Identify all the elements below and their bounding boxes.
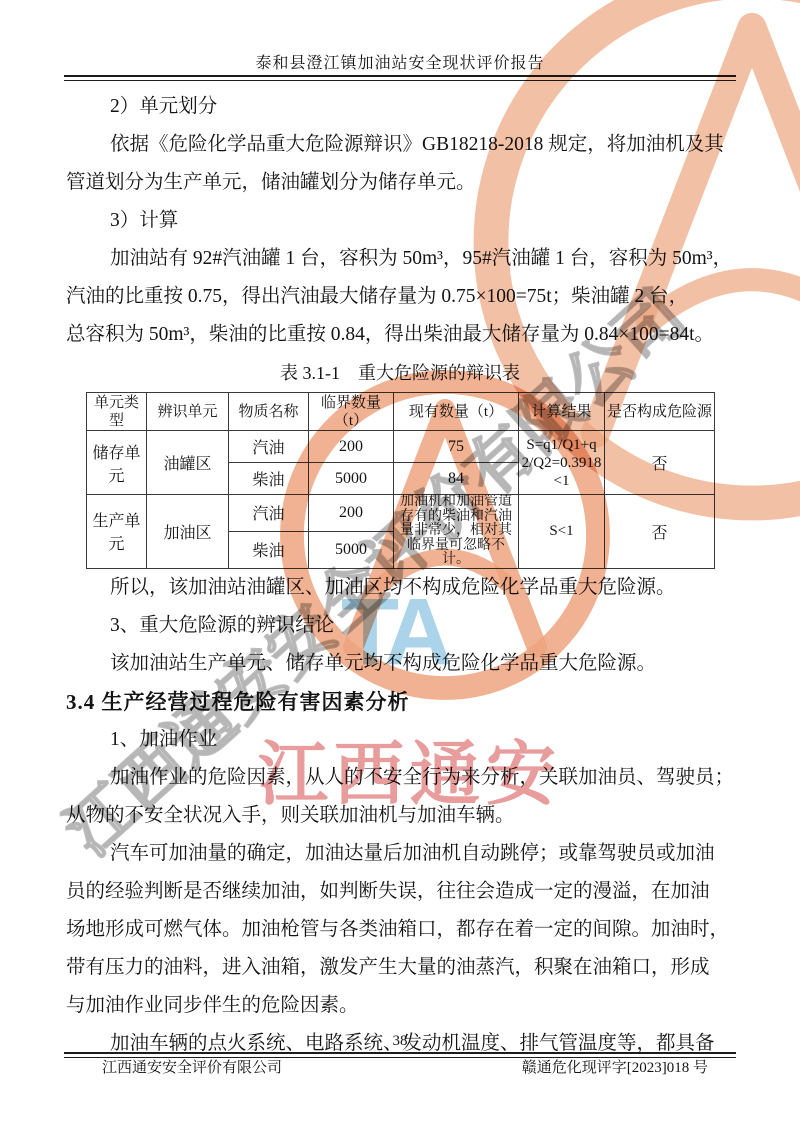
cell-unit-type-storage: 储存单元 bbox=[87, 431, 147, 495]
paragraph-line: 总容积为 50m³，柴油的比重按 0.84，得出柴油最大储存量为 0.84×10… bbox=[66, 316, 734, 354]
table-row: 储存单元 油罐区 汽油 200 75 S=q1/Q1+q2/Q2=0.3918<… bbox=[87, 431, 715, 463]
page-header-title: 泰和县澄江镇加油站安全现状评价报告 bbox=[66, 50, 734, 73]
cell-calc-result: S=q1/Q1+q2/Q2=0.3918<1 bbox=[519, 431, 605, 495]
cell-existing: 84 bbox=[394, 463, 519, 495]
paragraph-line: 加油作业的危险因素，从人的不安全行为来分析，关联加油员、驾驶员； bbox=[66, 759, 734, 797]
paragraph-line: 带有压力的油料，进入油箱，激发产生大量的油蒸汽，积聚在油箱口，形成 bbox=[66, 949, 734, 987]
hazard-identification-table: 单元类型 辨识单元 物质名称 临界数量（t） 现有数量（t） 计算结果 是否构成… bbox=[86, 392, 715, 569]
cell-material: 汽油 bbox=[229, 431, 309, 463]
cell-material: 柴油 bbox=[229, 463, 309, 495]
col-header-material: 物质名称 bbox=[229, 393, 309, 431]
paragraph-line: 管道划分为生产单元，储油罐划分为储存单元。 bbox=[66, 164, 734, 202]
header-divider bbox=[64, 75, 736, 81]
paragraph-line: 该加油站生产单元、储存单元均不构成危险化学品重大危险源。 bbox=[66, 645, 734, 683]
col-header-unit-type: 单元类型 bbox=[87, 393, 147, 431]
cell-material: 柴油 bbox=[229, 531, 309, 568]
list-item-conclusion: 3、重大危险源的辨识结论 bbox=[66, 607, 734, 645]
table-caption: 表 3.1-1 重大危险源的辩识表 bbox=[66, 354, 734, 392]
cell-existing-note: 加油机和加油管道存有的柴油和汽油量非常少，相对其临界量可忽略不计。 bbox=[394, 495, 519, 569]
cell-is-hazard: 否 bbox=[605, 495, 715, 569]
cell-calc-result: S<1 bbox=[519, 495, 605, 569]
list-item-unit-division: 2）单元划分 bbox=[66, 88, 734, 126]
list-item-refueling: 1、加油作业 bbox=[66, 721, 734, 759]
page-number: 38 bbox=[0, 1033, 800, 1050]
cell-ident-unit-refuel: 加油区 bbox=[147, 495, 229, 569]
paragraph-line: 所以，该加油站油罐区、加油区均不构成危险化学品重大危险源。 bbox=[66, 569, 734, 607]
cell-existing: 75 bbox=[394, 431, 519, 463]
col-header-calc-result: 计算结果 bbox=[519, 393, 605, 431]
paragraph-line: 从物的不安全状况入手，则关联加油机与加油车辆。 bbox=[66, 797, 734, 835]
paragraph-line: 依据《危险化学品重大危险源辩识》GB18218-2018 规定，将加油机及其 bbox=[66, 126, 734, 164]
table-header-row: 单元类型 辨识单元 物质名称 临界数量（t） 现有数量（t） 计算结果 是否构成… bbox=[87, 393, 715, 431]
cell-critical: 200 bbox=[309, 431, 394, 463]
list-item-calculation: 3）计算 bbox=[66, 202, 734, 240]
cell-material: 汽油 bbox=[229, 495, 309, 532]
cell-critical: 5000 bbox=[309, 463, 394, 495]
col-header-existing-qty: 现有数量（t） bbox=[394, 393, 519, 431]
paragraph-line: 场地形成可燃气体。加油枪管与各类油箱口，都存在着一定的间隙。加油时， bbox=[66, 911, 734, 949]
cell-critical: 200 bbox=[309, 495, 394, 532]
footer-company-name: 江西通安安全评价有限公司 bbox=[66, 1058, 282, 1078]
col-header-ident-unit: 辨识单元 bbox=[147, 393, 229, 431]
section-heading-3-4: 3.4 生产经营过程危险有害因素分析 bbox=[66, 683, 734, 721]
footer-document-number: 赣通危化现评字[2023]018 号 bbox=[522, 1058, 734, 1078]
paragraph-line: 加油站有 92#汽油罐 1 台，容积为 50m³，95#汽油罐 1 台，容积为 … bbox=[66, 240, 734, 278]
col-header-critical-qty: 临界数量（t） bbox=[309, 393, 394, 431]
cell-is-hazard: 否 bbox=[605, 431, 715, 495]
report-page: { "page": { "header_title": "泰和县澄江镇加油站安全… bbox=[0, 0, 800, 1131]
table-row: 生产单元 加油区 汽油 200 加油机和加油管道存有的柴油和汽油量非常少，相对其… bbox=[87, 495, 715, 532]
paragraph-line: 与加油作业同步伴生的危险因素。 bbox=[66, 987, 734, 1025]
page-footer: 江西通安安全评价有限公司 赣通危化现评字[2023]018 号 bbox=[66, 1058, 734, 1078]
cell-unit-type-production: 生产单元 bbox=[87, 495, 147, 569]
col-header-is-hazard: 是否构成危险源 bbox=[605, 393, 715, 431]
cell-critical: 5000 bbox=[309, 531, 394, 568]
paragraph-line: 汽油的比重按 0.75，得出汽油最大储存量为 0.75×100=75t；柴油罐 … bbox=[66, 278, 734, 316]
cell-ident-unit-tank: 油罐区 bbox=[147, 431, 229, 495]
document-body: 2）单元划分 依据《危险化学品重大危险源辩识》GB18218-2018 规定，将… bbox=[66, 88, 734, 1063]
paragraph-line: 汽车可加油量的确定，加油达量后加油机自动跳停；或靠驾驶员或加油 bbox=[66, 835, 734, 873]
paragraph-line: 员的经验判断是否继续加油，如判断失误，往往会造成一定的漫溢，在加油 bbox=[66, 873, 734, 911]
